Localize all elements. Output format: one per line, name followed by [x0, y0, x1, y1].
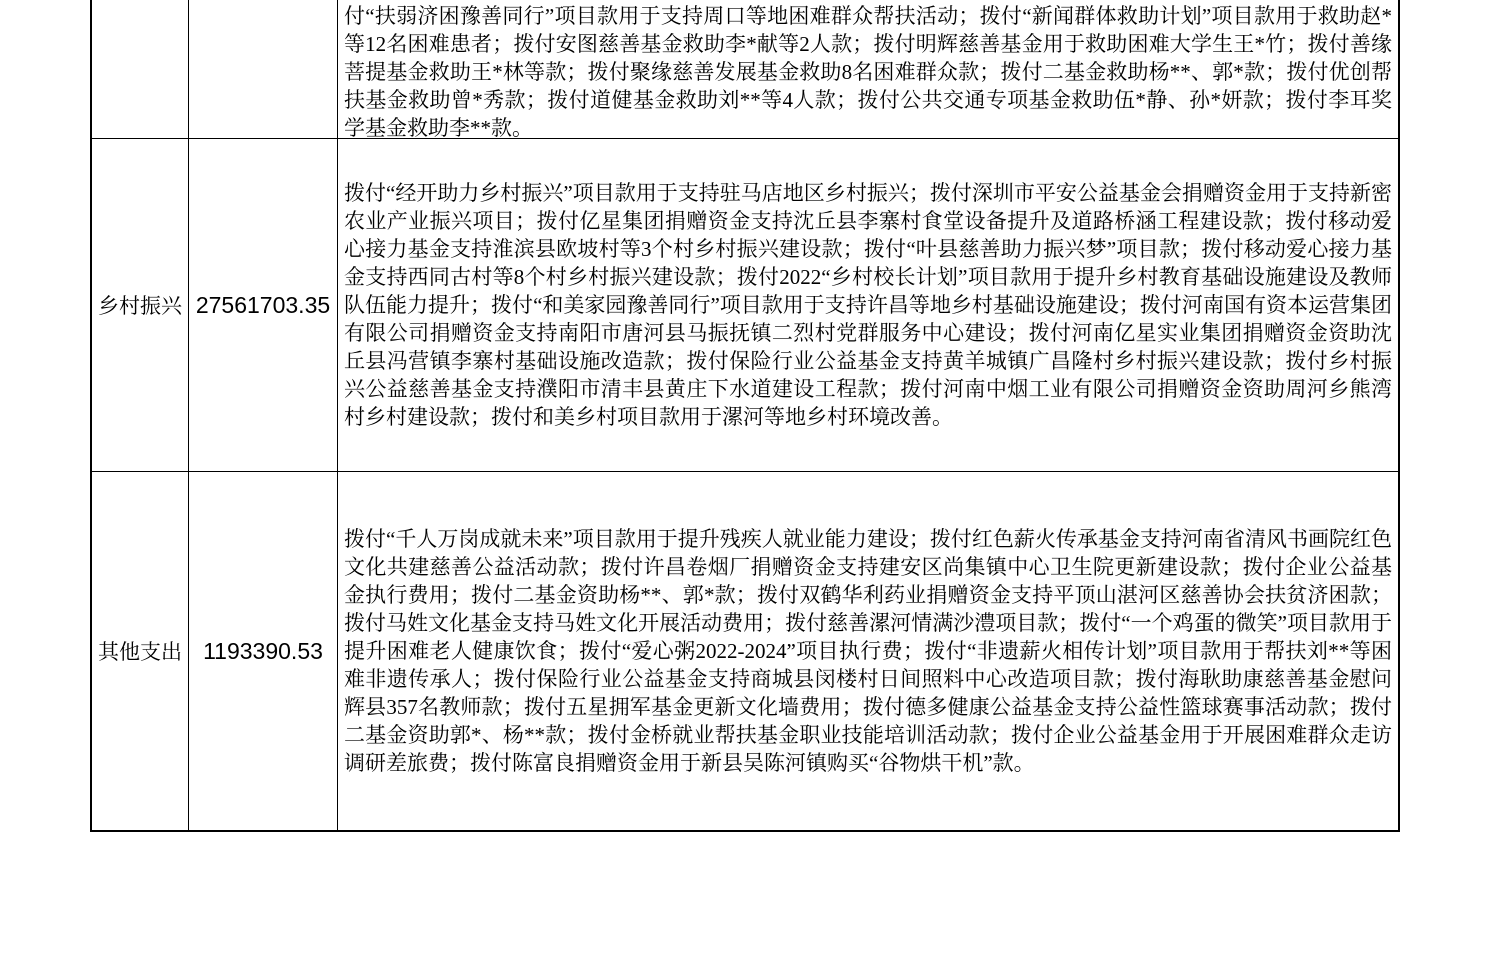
description-cell: 拨付“经开助力乡村振兴”项目款用于支持驻马店地区乡村振兴；拨付深圳市平安公益基金…: [338, 139, 1400, 472]
category-label: 其他支出: [98, 640, 182, 664]
category-label: 乡村振兴: [98, 294, 182, 318]
description-cell: 拨付“千人万岗成就未来”项目款用于提升残疾人就业能力建设；拨付红色薪火传承基金支…: [338, 472, 1400, 832]
document-page: 付“扶弱济困豫善同行”项目款用于支持周口等地困难群众帮扶活动；拨付“新闻群体救助…: [0, 0, 1500, 965]
category-cell: 乡村振兴: [91, 139, 189, 472]
description-text: 付“扶弱济困豫善同行”项目款用于支持周口等地困难群众帮扶活动；拨付“新闻群体救助…: [338, 0, 1398, 137]
table-row: 乡村振兴 27561703.35 拨付“经开助力乡村振兴”项目款用于支持驻马店地…: [91, 139, 1399, 472]
amount-value: 1193390.53: [203, 638, 323, 664]
description-cell: 付“扶弱济困豫善同行”项目款用于支持周口等地困难群众帮扶活动；拨付“新闻群体救助…: [338, 0, 1400, 139]
category-cell: [91, 0, 189, 139]
table-row: 付“扶弱济困豫善同行”项目款用于支持周口等地困难群众帮扶活动；拨付“新闻群体救助…: [91, 0, 1399, 139]
description-text: 拨付“千人万岗成就未来”项目款用于提升残疾人就业能力建设；拨付红色薪火传承基金支…: [338, 525, 1398, 777]
amount-cell: 1193390.53: [189, 472, 338, 832]
amount-cell: 27561703.35: [189, 139, 338, 472]
table-row: 其他支出 1193390.53 拨付“千人万岗成就未来”项目款用于提升残疾人就业…: [91, 472, 1399, 832]
amount-value: 27561703.35: [196, 292, 330, 318]
expenditure-table: 付“扶弱济困豫善同行”项目款用于支持周口等地困难群众帮扶活动；拨付“新闻群体救助…: [90, 0, 1400, 832]
category-cell: 其他支出: [91, 472, 189, 832]
amount-cell: [189, 0, 338, 139]
description-text: 拨付“经开助力乡村振兴”项目款用于支持驻马店地区乡村振兴；拨付深圳市平安公益基金…: [338, 179, 1398, 431]
